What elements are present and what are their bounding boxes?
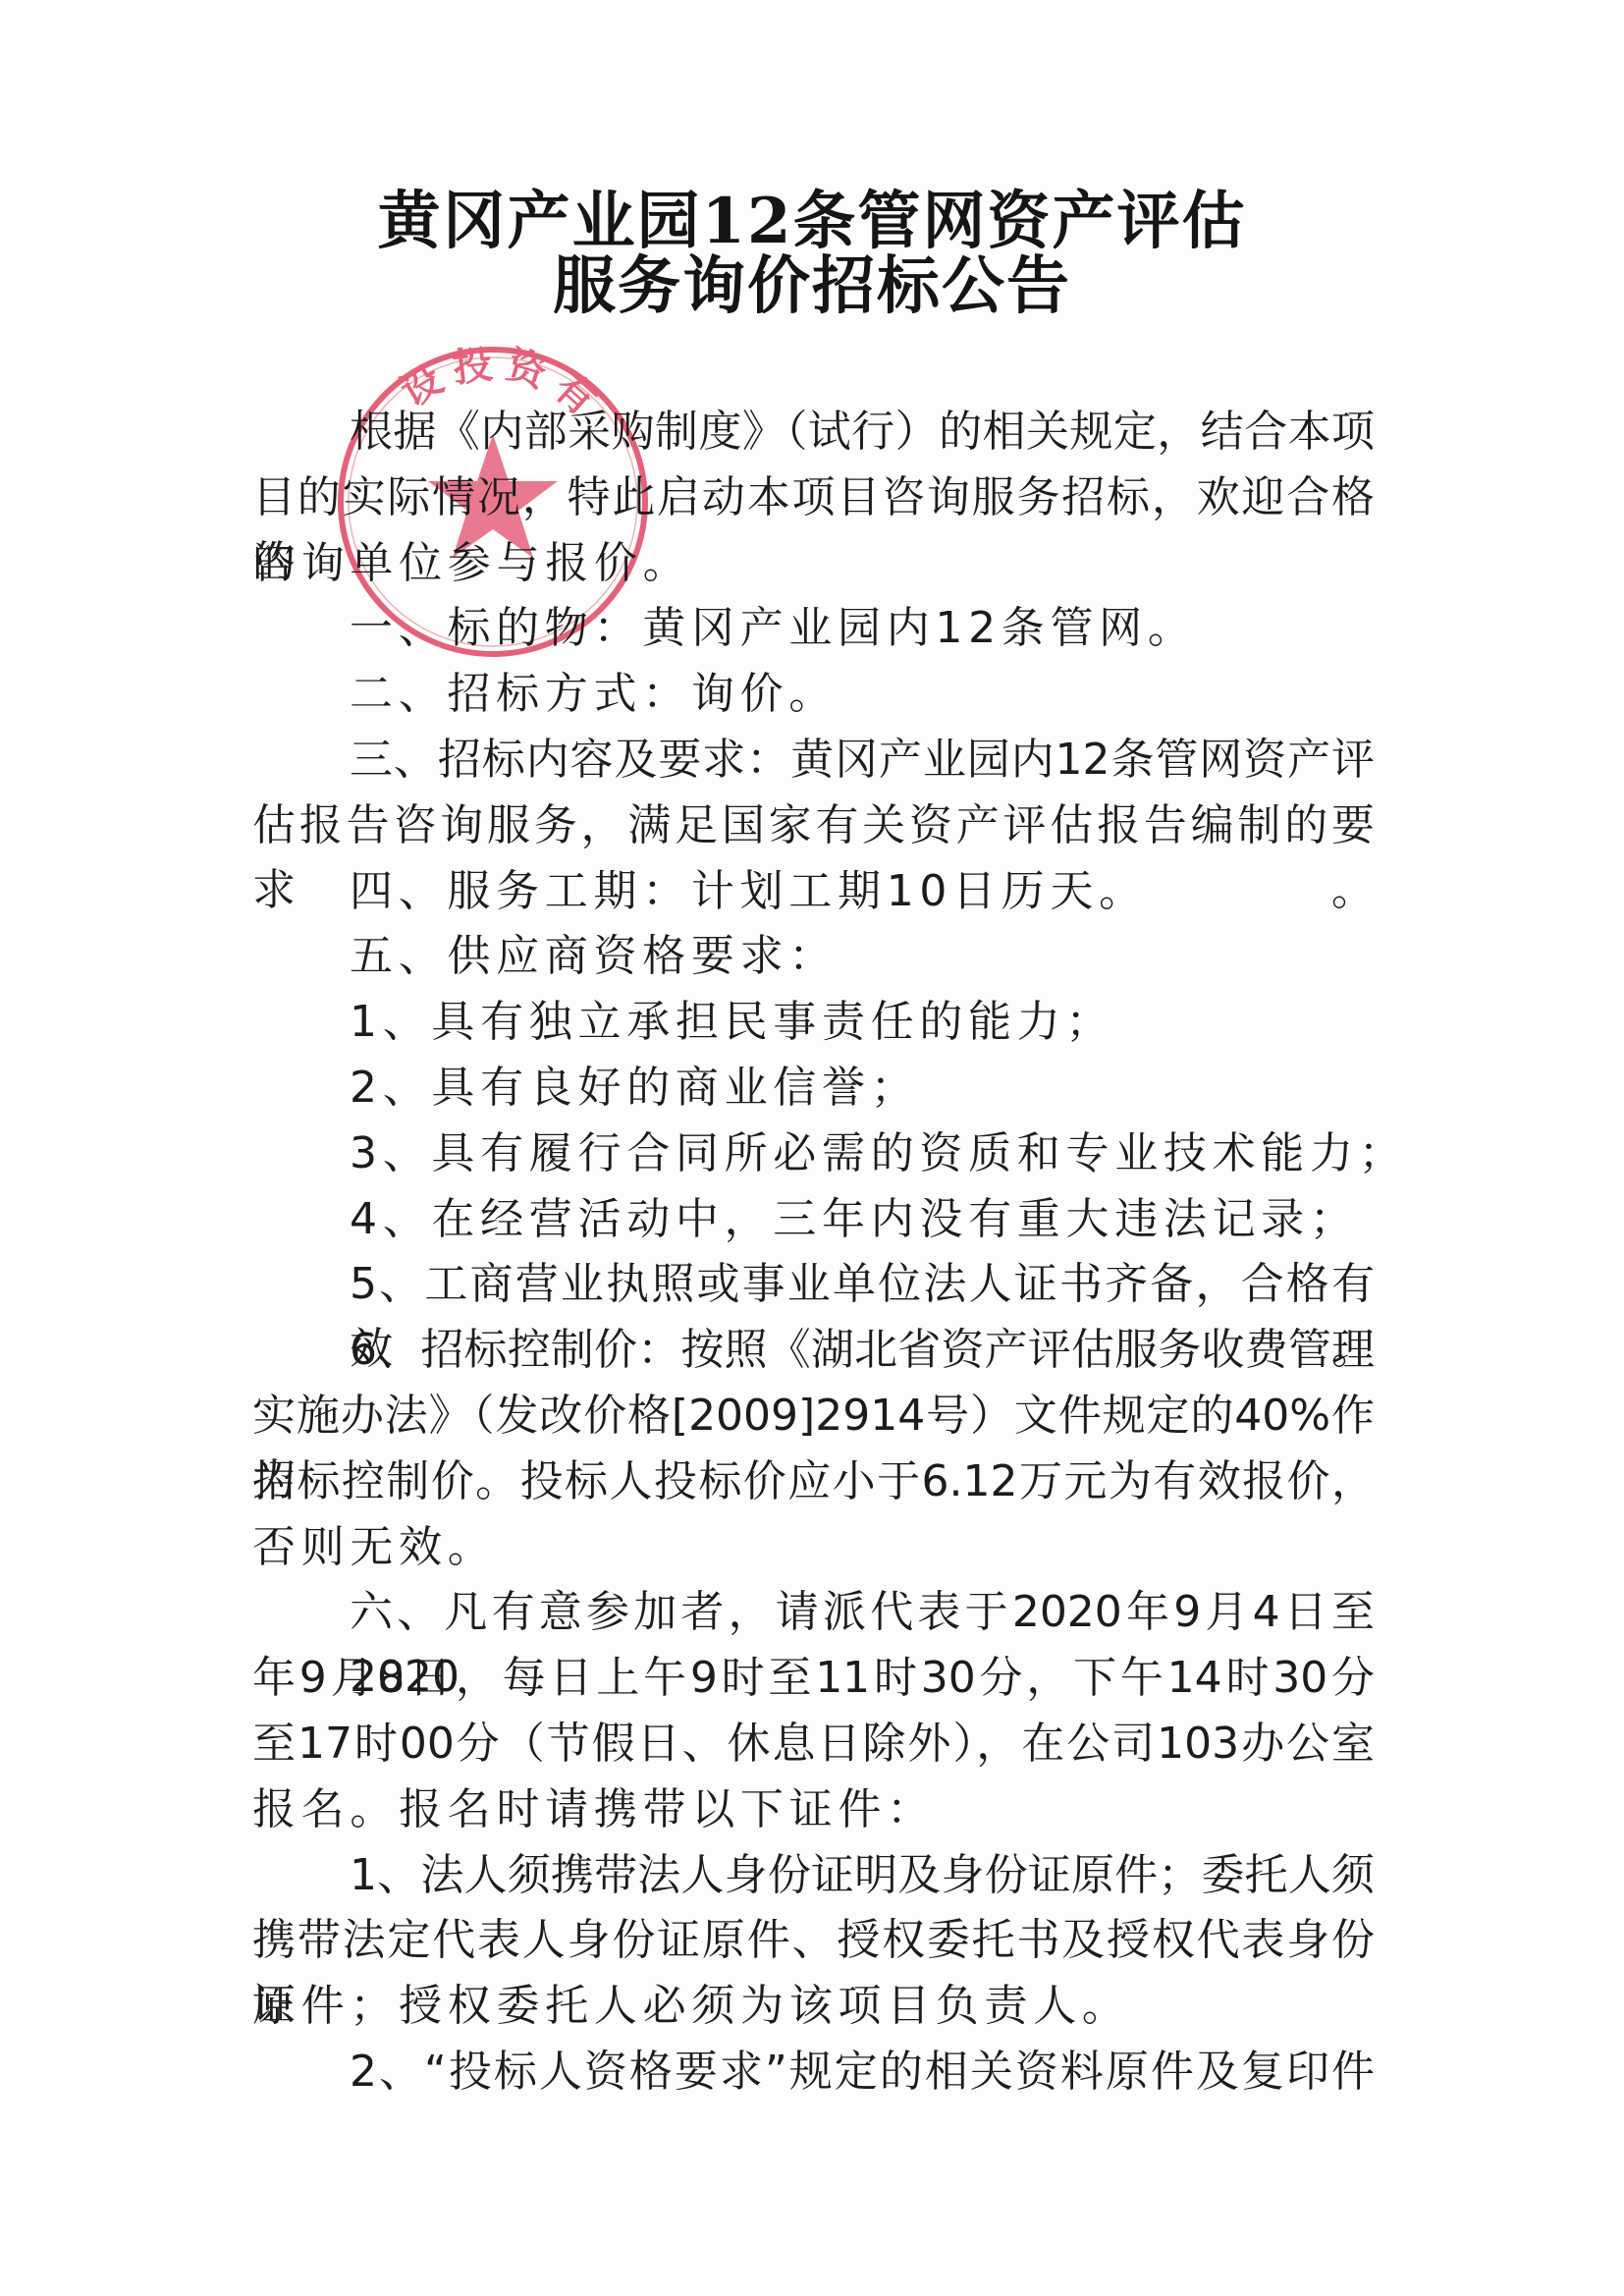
body-line: 二、招标方式：询价。 <box>350 662 1375 727</box>
body-line: 1、具有独立承担民事责任的能力； <box>350 990 1375 1055</box>
body-line: 五、供应商资格要求： <box>350 924 1375 989</box>
body-line: 六、凡有意参加者，请派代表于2020年9月4日至2020 <box>350 1580 1375 1645</box>
body-line: 四、服务工期：计划工期10日历天。 <box>350 859 1375 924</box>
body-line: 2、具有良好的商业信誉； <box>350 1056 1375 1121</box>
body-line: 估报告咨询服务，满足国家有关资产评估报告编制的要求。 <box>252 793 1375 858</box>
body-line: 6、招标控制价：按照《湖北省资产评估服务收费管理 <box>350 1318 1375 1383</box>
title-line-2: 服务询价招标公告 <box>0 251 1624 322</box>
body-line: 三、招标内容及要求：黄冈产业园内12条管网资产评 <box>350 728 1375 793</box>
body-line: 至17时00分（节假日、休息日除外），在公司103办公室 <box>252 1712 1375 1777</box>
body-line: 年9月8日，每日上午9时至11时30分，下午14时30分 <box>252 1646 1375 1711</box>
body-line: 4、在经营活动中，三年内没有重大违法记录； <box>350 1187 1375 1252</box>
body-line: 根据《内部采购制度》（试行）的相关规定，结合本项 <box>350 400 1375 465</box>
body-line: 否则无效。 <box>252 1515 1375 1580</box>
body-line: 招标控制价。投标人投标价应小于6.12万元为有效报价， <box>252 1449 1375 1514</box>
title-line-1: 黄冈产业园12条管网资产评估 <box>0 187 1624 257</box>
body-line: 1、法人须携带法人身份证明及身份证原件；委托人须 <box>350 1843 1375 1908</box>
body-line: 咨询单位参与报价。 <box>252 531 1375 596</box>
body-line: 一、标的物：黄冈产业园内12条管网。 <box>350 596 1375 661</box>
body-line: 报名。报名时请携带以下证件： <box>252 1777 1375 1842</box>
body-line: 5、工商营业执照或事业单位法人证书齐备，合格有效。 <box>350 1252 1375 1317</box>
body-line: 原件；授权委托人必须为该项目负责人。 <box>252 1974 1375 2039</box>
document-page: 黄冈产业园12条管网资产评估 服务询价招标公告 设投资有 根据《内部采购制度》（… <box>0 0 1624 2296</box>
body-line: 2、“投标人资格要求”规定的相关资料原件及复印件 <box>350 2040 1375 2105</box>
body-line: 实施办法》（发改价格[2009]2914号）文件规定的40%作为 <box>252 1384 1375 1449</box>
body-line: 携带法定代表人身份证原件、授权委托书及授权代表身份证 <box>252 1908 1375 1973</box>
body-line: 目的实际情况，特此启动本项目咨询服务招标，欢迎合格的 <box>252 465 1375 530</box>
body-line: 3、具有履行合同所必需的资质和专业技术能力； <box>350 1121 1375 1186</box>
